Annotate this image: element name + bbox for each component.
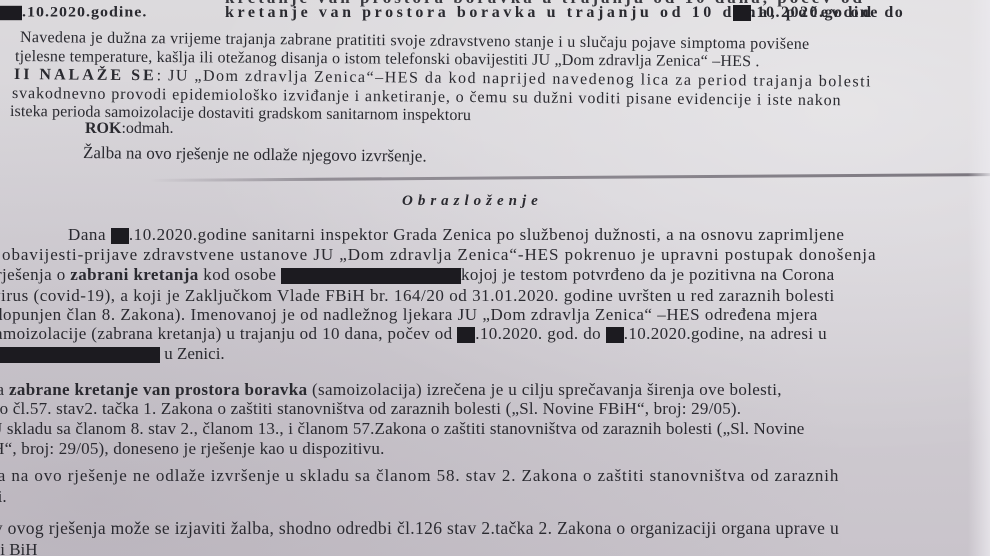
obrazlozenje-p1-line-7: u Zenici. [0, 344, 225, 364]
obrazlozenje-p1-line-6: samoizolacije (zabrana kretanja) u traja… [0, 324, 827, 344]
top-date-range: .10.2020.godine do [733, 3, 904, 23]
obrazlozenje-p1-line-3: rješenja o zabrani kretanja kod osobe ko… [0, 265, 835, 285]
redaction [0, 347, 160, 363]
obrazlozenje-p2-line-2: shodno čl.57. stav2. tačka 1. Zakona o z… [0, 399, 741, 419]
redaction [0, 6, 22, 20]
redaction [733, 5, 751, 21]
paper-edge [968, 0, 990, 556]
top-date-line: .10.2020.godine. [0, 4, 147, 22]
rok-line: ROK:odmah. [85, 119, 173, 139]
obrazlozenje-p5-line-1: Protiv ovog rješenja može se izjaviti ža… [0, 518, 839, 538]
obrazlozenje-p3-line-2: FBiH“, broj: 29/05), doneseno je rješenj… [0, 439, 385, 459]
obrazlozenje-p2-line-1: Mjera zabrane kretanje van prostora bora… [0, 380, 782, 400]
redaction [111, 228, 129, 244]
obrazlozenje-p3-line-1: U skladu sa članom 8. stav 2., članom 13… [0, 419, 804, 439]
section-heading-obrazlozenje: Obrazloženje [402, 193, 543, 210]
obrazlozenje-p4-line-1: Žalba na ovo rješenje ne odlaže izvršenj… [0, 466, 839, 486]
nalaze-line-3: isteka perioda samoizolacije dostaviti g… [10, 102, 471, 126]
redaction [281, 268, 461, 284]
redaction [457, 327, 475, 343]
redaction [606, 327, 624, 343]
zalba-note: Žalba na ovo rješenje ne odlaže njegovo … [83, 143, 427, 167]
obrazlozenje-p1-line-2: obavijesti-prijave zdravstvene ustanove … [2, 245, 876, 265]
obrazlozenje-p5-line-2: Federaciji BiH [0, 540, 38, 556]
obrazlozenje-p1-line-5: dopunjen član 8. Zakona). Imenovanoj je … [0, 305, 818, 325]
obrazlozenje-p1-line-4: virus (covid-19), a koji je Zaključkom V… [0, 286, 835, 306]
obrazlozenje-p4-line-2: bolesti. [0, 487, 7, 507]
obrazlozenje-p1-line-1: Dana .10.2020.godine sanitarni inspektor… [68, 225, 844, 245]
paper-fold-line [150, 173, 990, 182]
